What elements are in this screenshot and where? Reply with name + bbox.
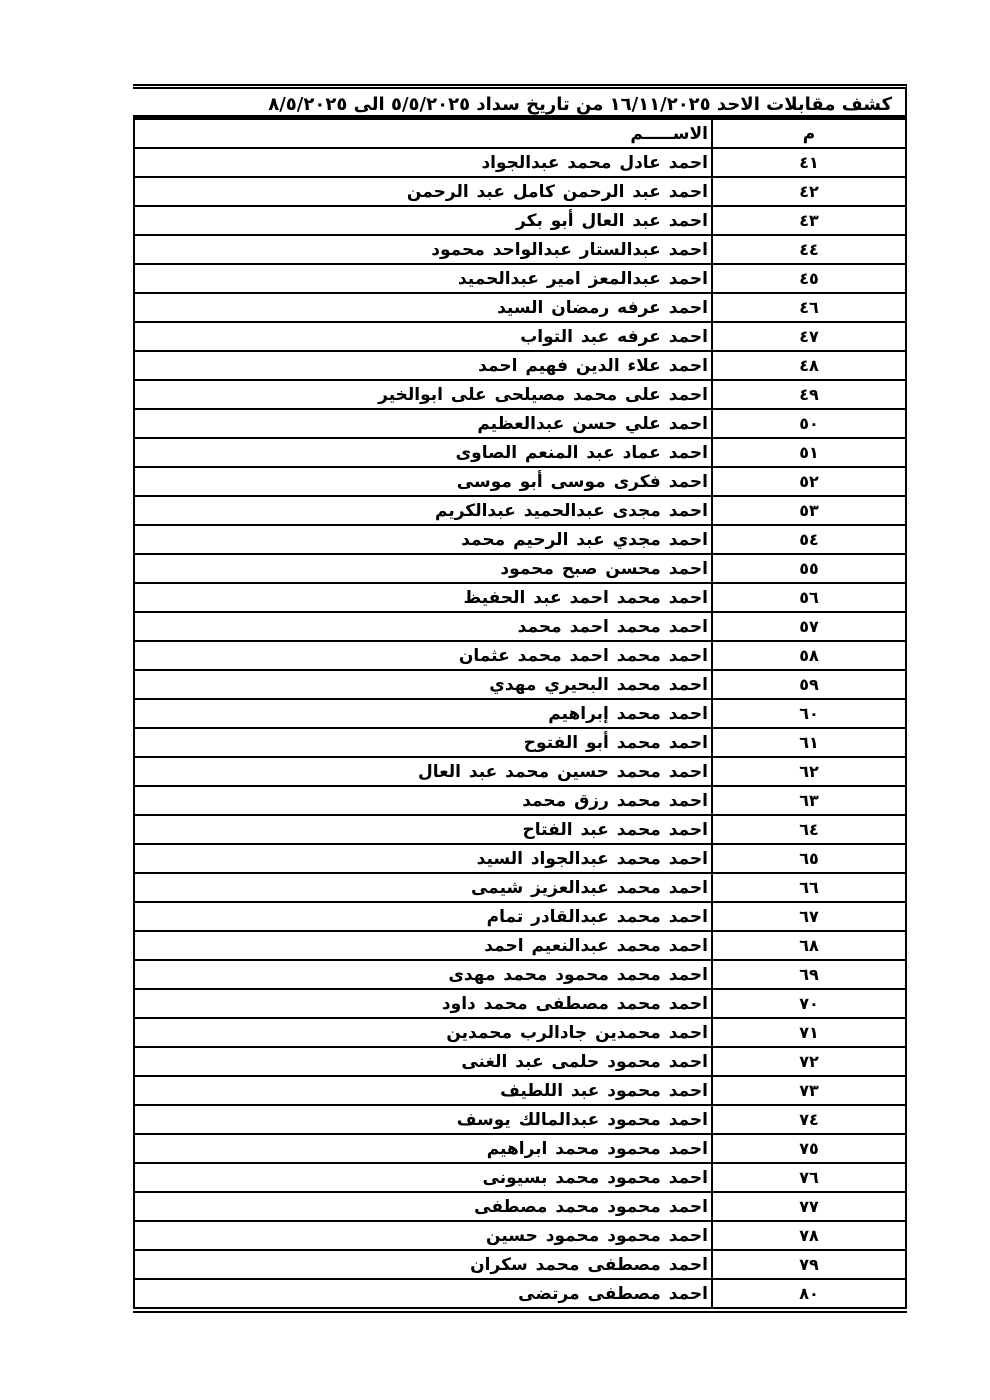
row-serial-cell: ٥٢ (712, 467, 906, 496)
row-serial-cell: ٦٢ (712, 757, 906, 786)
row-serial-cell: ٥١ (712, 438, 906, 467)
table-row: ٥١احمد عماد عبد المنعم الصاوى (134, 438, 906, 467)
table-row: ٦٧احمد محمد عبدالقادر تمام (134, 902, 906, 931)
table-row: ٨٠احمد مصطفى مرتضى (134, 1279, 906, 1308)
row-name-cell: احمد عبد الرحمن كامل عبد الرحمن (134, 177, 712, 206)
table-bottom-rule (133, 1311, 907, 1313)
table-row: ٧٢احمد محمود حلمى عبد الغنى (134, 1047, 906, 1076)
table-row: ٦٦احمد محمد عبدالعزيز شيمى (134, 873, 906, 902)
table-row: ٧١احمد محمدين جادالرب محمدين (134, 1018, 906, 1047)
row-serial-cell: ٧٣ (712, 1076, 906, 1105)
table-row: ٤٧احمد عرفه عبد التواب (134, 322, 906, 351)
row-name-cell: احمد محمد رزق محمد (134, 786, 712, 815)
table-row: ٧٥احمد محمود محمد ابراهيم (134, 1134, 906, 1163)
table-row: ٧٣احمد محمود عبد اللطيف (134, 1076, 906, 1105)
table-row: ٥٦احمد محمد احمد عبد الحفيظ (134, 583, 906, 612)
row-name-cell: احمد مصطفى مرتضى (134, 1279, 712, 1308)
row-name-cell: احمد محمد احمد محمد (134, 612, 712, 641)
row-serial-cell: ٧٠ (712, 989, 906, 1018)
row-serial-cell: ٦٠ (712, 699, 906, 728)
row-serial-cell: ٤٨ (712, 351, 906, 380)
row-name-cell: احمد محمد البحيري مهدي (134, 670, 712, 699)
row-name-cell: احمد على محمد مصيلحى على ابوالخير (134, 380, 712, 409)
table-row: ٦٨احمد محمد عبدالنعيم احمد (134, 931, 906, 960)
row-name-cell: احمد عبدالستار عبدالواحد محمود (134, 235, 712, 264)
row-name-cell: احمد محمود محمود حسين (134, 1221, 712, 1250)
row-name-cell: احمد محمد إبراهيم (134, 699, 712, 728)
row-serial-cell: ٤٦ (712, 293, 906, 322)
table-row: ٤٨احمد علاء الدين فهيم احمد (134, 351, 906, 380)
row-name-cell: احمد محمد عبدالعزيز شيمى (134, 873, 712, 902)
table-row: ٦٠احمد محمد إبراهيم (134, 699, 906, 728)
row-serial-cell: ٧١ (712, 1018, 906, 1047)
row-serial-cell: ٨٠ (712, 1279, 906, 1308)
row-serial-cell: ٦٦ (712, 873, 906, 902)
table-row: ٧٠احمد محمد مصطفى محمد داود (134, 989, 906, 1018)
row-name-cell: احمد عبدالمعز امير عبدالحميد (134, 264, 712, 293)
row-name-cell: احمد مجدى عبدالحميد عبدالكريم (134, 496, 712, 525)
row-serial-cell: ٥٥ (712, 554, 906, 583)
column-header-serial: م (712, 119, 906, 148)
table-row: ٦١احمد محمد أبو الفتوح (134, 728, 906, 757)
table-row: ٧٧احمد محمود محمد مصطفى (134, 1192, 906, 1221)
row-serial-cell: ٧٧ (712, 1192, 906, 1221)
table-row: ٦٥احمد محمد عبدالجواد السيد (134, 844, 906, 873)
row-name-cell: احمد محسن صبح محمود (134, 554, 712, 583)
table-row: ٥٣احمد مجدى عبدالحميد عبدالكريم (134, 496, 906, 525)
row-serial-cell: ٤٢ (712, 177, 906, 206)
table-row: ٧٨احمد محمود محمود حسين (134, 1221, 906, 1250)
table-row: ٤٥احمد عبدالمعز امير عبدالحميد (134, 264, 906, 293)
row-name-cell: احمد عبد العال أبو بكر (134, 206, 712, 235)
roster-table: م الاســـــم ٤١احمد عادل محمد عبدالجواد٤… (133, 118, 907, 1309)
row-name-cell: احمد محمد احمد محمد عثمان (134, 641, 712, 670)
table-row: ٤٤احمد عبدالستار عبدالواحد محمود (134, 235, 906, 264)
row-serial-cell: ٥٧ (712, 612, 906, 641)
table-row: ٤٢احمد عبد الرحمن كامل عبد الرحمن (134, 177, 906, 206)
row-serial-cell: ٥٨ (712, 641, 906, 670)
row-name-cell: احمد محمد احمد عبد الحفيظ (134, 583, 712, 612)
table-row: ٤٩احمد على محمد مصيلحى على ابوالخير (134, 380, 906, 409)
table-row: ٦٣احمد محمد رزق محمد (134, 786, 906, 815)
row-serial-cell: ٥٩ (712, 670, 906, 699)
table-row: ٧٤احمد محمود عبدالمالك يوسف (134, 1105, 906, 1134)
row-serial-cell: ٦٩ (712, 960, 906, 989)
table-row: ٥٠احمد علي حسن عبدالعظيم (134, 409, 906, 438)
row-name-cell: احمد محمود عبد اللطيف (134, 1076, 712, 1105)
roster-table-body: ٤١احمد عادل محمد عبدالجواد٤٢احمد عبد الر… (134, 148, 906, 1308)
row-serial-cell: ٧٦ (712, 1163, 906, 1192)
row-name-cell: احمد محمد أبو الفتوح (134, 728, 712, 757)
table-row: ٦٤احمد محمد عبد الفتاح (134, 815, 906, 844)
row-serial-cell: ٤١ (712, 148, 906, 177)
row-name-cell: احمد عماد عبد المنعم الصاوى (134, 438, 712, 467)
row-serial-cell: ٦٣ (712, 786, 906, 815)
row-serial-cell: ٥٦ (712, 583, 906, 612)
table-row: ٦٢احمد محمد حسين محمد عبد العال (134, 757, 906, 786)
row-name-cell: احمد محمود حلمى عبد الغنى (134, 1047, 712, 1076)
document-title: كشف مقابلات الاحد ١٦/١١/٢٠٢٥ من تاريخ سد… (133, 84, 907, 118)
table-row: ٥٥احمد محسن صبح محمود (134, 554, 906, 583)
table-row: ٥٧احمد محمد احمد محمد (134, 612, 906, 641)
row-serial-cell: ٤٧ (712, 322, 906, 351)
row-serial-cell: ٦٧ (712, 902, 906, 931)
page: { "colors": { "text": "#000000", "border… (0, 0, 990, 1400)
row-name-cell: احمد محمد عبدالنعيم احمد (134, 931, 712, 960)
row-name-cell: احمد مجدي عبد الرحيم محمد (134, 525, 712, 554)
table-row: ٥٨احمد محمد احمد محمد عثمان (134, 641, 906, 670)
table-row: ٤٦احمد عرفه رمضان السيد (134, 293, 906, 322)
row-name-cell: احمد محمد مصطفى محمد داود (134, 989, 712, 1018)
row-name-cell: احمد مصطفى محمد سكران (134, 1250, 712, 1279)
row-serial-cell: ٤٤ (712, 235, 906, 264)
row-name-cell: احمد محمدين جادالرب محمدين (134, 1018, 712, 1047)
table-row: ٧٦احمد محمود محمد بسيونى (134, 1163, 906, 1192)
row-serial-cell: ٦٤ (712, 815, 906, 844)
row-serial-cell: ٦١ (712, 728, 906, 757)
table-row: ٧٩احمد مصطفى محمد سكران (134, 1250, 906, 1279)
table-row: ٦٩احمد محمد محمود محمد مهدى (134, 960, 906, 989)
table-row: ٥٤احمد مجدي عبد الرحيم محمد (134, 525, 906, 554)
row-name-cell: احمد علي حسن عبدالعظيم (134, 409, 712, 438)
row-serial-cell: ٧٨ (712, 1221, 906, 1250)
row-name-cell: احمد محمود محمد بسيونى (134, 1163, 712, 1192)
table-row: ٤١احمد عادل محمد عبدالجواد (134, 148, 906, 177)
row-name-cell: احمد محمد عبدالقادر تمام (134, 902, 712, 931)
row-serial-cell: ٧٤ (712, 1105, 906, 1134)
column-header-name: الاســـــم (134, 119, 712, 148)
row-name-cell: احمد عادل محمد عبدالجواد (134, 148, 712, 177)
document-sheet: كشف مقابلات الاحد ١٦/١١/٢٠٢٥ من تاريخ سد… (133, 84, 907, 1313)
row-serial-cell: ٧٩ (712, 1250, 906, 1279)
row-name-cell: احمد فكرى موسى أبو موسى (134, 467, 712, 496)
row-name-cell: احمد عرفه عبد التواب (134, 322, 712, 351)
row-name-cell: احمد علاء الدين فهيم احمد (134, 351, 712, 380)
row-serial-cell: ٤٥ (712, 264, 906, 293)
row-name-cell: احمد محمود محمد ابراهيم (134, 1134, 712, 1163)
row-serial-cell: ٤٣ (712, 206, 906, 235)
row-serial-cell: ٧٢ (712, 1047, 906, 1076)
row-serial-cell: ٥٤ (712, 525, 906, 554)
row-serial-cell: ٥٠ (712, 409, 906, 438)
row-serial-cell: ٤٩ (712, 380, 906, 409)
row-serial-cell: ٧٥ (712, 1134, 906, 1163)
roster-table-header: م الاســـــم (134, 119, 906, 148)
row-serial-cell: ٦٨ (712, 931, 906, 960)
row-name-cell: احمد محمود محمد مصطفى (134, 1192, 712, 1221)
header-row: م الاســـــم (134, 119, 906, 148)
row-name-cell: احمد محمد عبدالجواد السيد (134, 844, 712, 873)
row-serial-cell: ٥٣ (712, 496, 906, 525)
table-row: ٥٩احمد محمد البحيري مهدي (134, 670, 906, 699)
table-row: ٥٢احمد فكرى موسى أبو موسى (134, 467, 906, 496)
table-row: ٤٣احمد عبد العال أبو بكر (134, 206, 906, 235)
row-name-cell: احمد محمد محمود محمد مهدى (134, 960, 712, 989)
row-serial-cell: ٦٥ (712, 844, 906, 873)
row-name-cell: احمد محمود عبدالمالك يوسف (134, 1105, 712, 1134)
row-name-cell: احمد محمد حسين محمد عبد العال (134, 757, 712, 786)
row-name-cell: احمد محمد عبد الفتاح (134, 815, 712, 844)
row-name-cell: احمد عرفه رمضان السيد (134, 293, 712, 322)
